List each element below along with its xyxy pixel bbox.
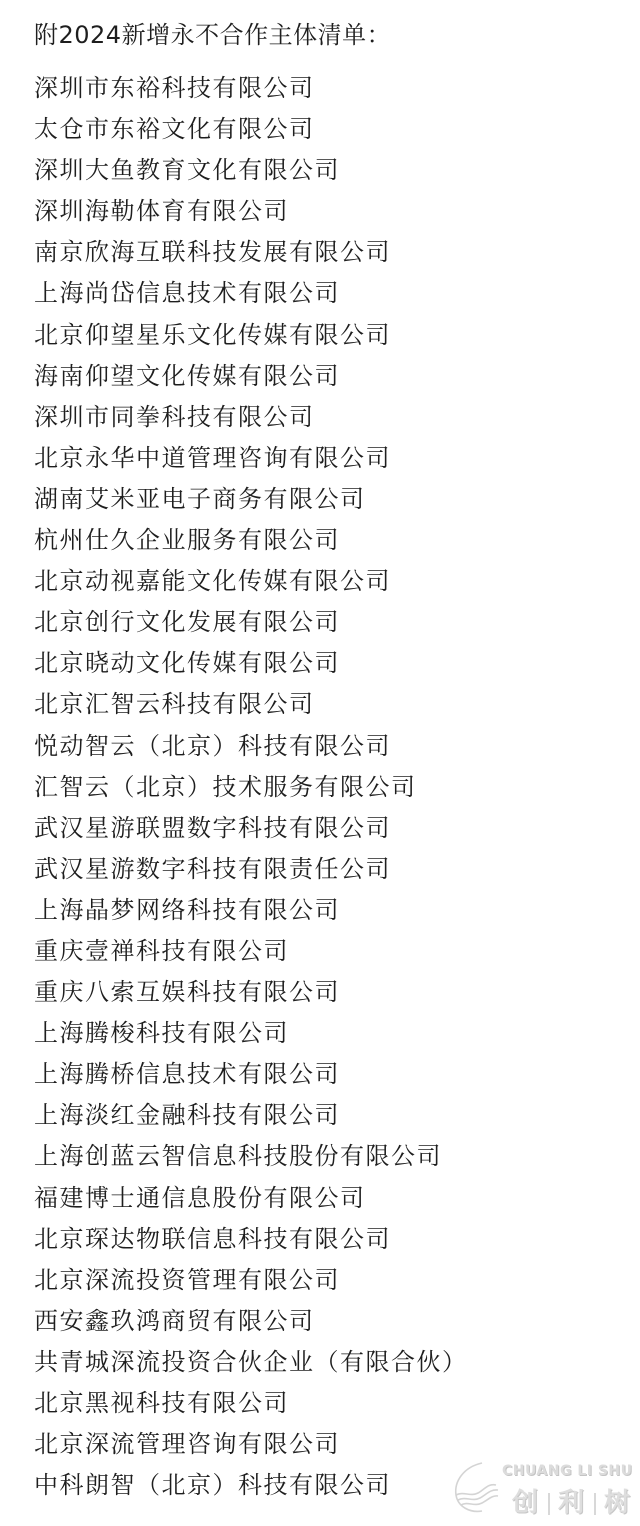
entity-list: 深圳市东裕科技有限公司 太仓市东裕文化有限公司 深圳大鱼教育文化有限公司 深圳海… [34,71,468,1509]
list-item: 北京汇智云科技有限公司 [34,687,468,728]
list-item: 武汉星游联盟数字科技有限公司 [34,811,468,852]
list-item: 太仓市东裕文化有限公司 [34,112,468,153]
list-item: 汇智云（北京）技术服务有限公司 [34,770,468,811]
list-item: 北京仰望星乐文化传媒有限公司 [34,318,468,359]
watermark-text-en: CHUANG LI SHU [502,1463,633,1479]
watermark-char: 利 [558,1488,586,1518]
list-item: 北京琛达物联信息科技有限公司 [34,1222,468,1263]
watermark-char: 创 [512,1488,540,1518]
watermark-text-cn: 创利树 [512,1482,632,1519]
list-item: 上海腾梭科技有限公司 [34,1016,468,1057]
list-item: 上海尚岱信息技术有限公司 [34,276,468,317]
watermark-divider [594,1493,596,1515]
list-item: 共青城深流投资合伙企业（有限合伙） [34,1345,468,1386]
list-item: 悦动智云（北京）科技有限公司 [34,729,468,770]
list-item: 上海晶梦网络科技有限公司 [34,893,468,934]
list-item: 北京创行文化发展有限公司 [34,605,468,646]
list-item: 深圳市东裕科技有限公司 [34,71,468,112]
list-item: 武汉星游数字科技有限责任公司 [34,852,468,893]
list-item: 深圳大鱼教育文化有限公司 [34,153,468,194]
list-item: 杭州仕久企业服务有限公司 [34,523,468,564]
list-item: 北京永华中道管理咨询有限公司 [34,441,468,482]
list-item: 上海创蓝云智信息科技股份有限公司 [34,1139,468,1180]
list-item: 中科朗智（北京）科技有限公司 [34,1468,468,1509]
list-item: 重庆壹禅科技有限公司 [34,934,468,975]
list-item: 上海腾桥信息技术有限公司 [34,1057,468,1098]
list-item: 北京黑视科技有限公司 [34,1386,468,1427]
list-item: 北京深流管理咨询有限公司 [34,1427,468,1468]
wave-logo-icon [452,1459,500,1515]
list-item: 福建博士通信息股份有限公司 [34,1181,468,1222]
watermark: CHUANG LI SHU 创利树 [452,1455,637,1525]
list-item: 北京晓动文化传媒有限公司 [34,646,468,687]
list-item: 深圳市同拳科技有限公司 [34,400,468,441]
list-item: 北京动视嘉能文化传媒有限公司 [34,564,468,605]
list-item: 海南仰望文化传媒有限公司 [34,359,468,400]
list-item: 深圳海勒体育有限公司 [34,194,468,235]
watermark-divider [548,1493,550,1515]
list-item: 重庆八索互娱科技有限公司 [34,975,468,1016]
list-item: 湖南艾米亚电子商务有限公司 [34,482,468,523]
list-item: 南京欣海互联科技发展有限公司 [34,235,468,276]
list-item: 北京深流投资管理有限公司 [34,1263,468,1304]
list-item: 西安鑫玖鸿商贸有限公司 [34,1304,468,1345]
list-item: 上海淡红金融科技有限公司 [34,1098,468,1139]
watermark-char: 树 [604,1488,632,1518]
list-title: 附2024新增永不合作主体清单： [34,18,391,52]
